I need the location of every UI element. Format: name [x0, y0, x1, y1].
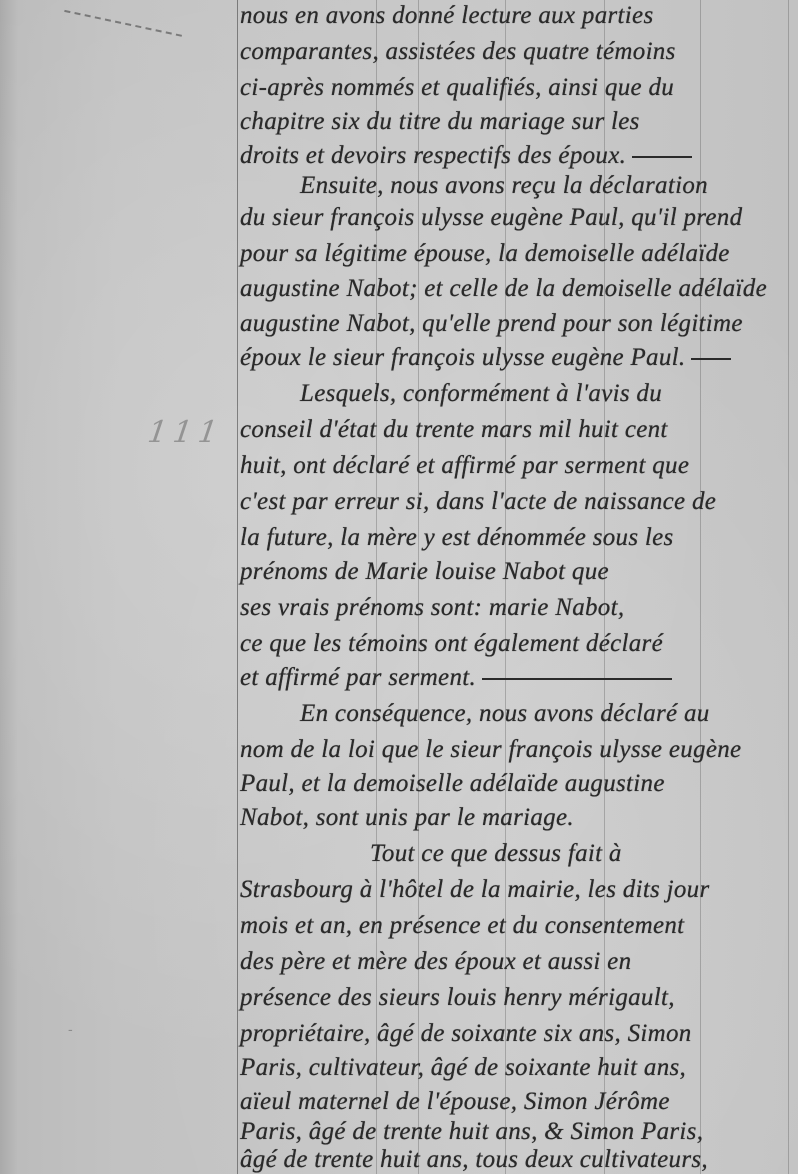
- text-line: ses vrais prénoms sont: marie Nabot,: [240, 594, 624, 622]
- text-line: prénoms de Marie louise Nabot que: [240, 558, 609, 586]
- text-line: des père et mère des époux et aussi en: [240, 948, 631, 976]
- margin-numeral-bleedthrough: 111: [146, 415, 226, 450]
- text-line: conseil d'état du trente mars mil huit c…: [240, 416, 668, 444]
- register-page: 111 - nous en avons donné lecture aux pa…: [0, 0, 798, 1174]
- text-line: nom de la loi que le sieur françois ulys…: [240, 736, 741, 764]
- text-line: du sieur françois ulysse eugène Paul, qu…: [240, 204, 742, 232]
- text-line: époux le sieur françois ulysse eugène Pa…: [240, 344, 731, 372]
- text-line: aïeul maternel de l'épouse, Simon Jérôme: [240, 1088, 670, 1116]
- text-line: En conséquence, nous avons déclaré au: [300, 700, 710, 728]
- text-line: ce que les témoins ont également déclaré: [240, 630, 663, 658]
- text-line: chapitre six du titre du mariage sur les: [240, 108, 640, 136]
- text-line: augustine Nabot, qu'elle prend pour son …: [240, 310, 743, 338]
- text-line: propriétaire, âgé de soixante six ans, S…: [240, 1020, 692, 1048]
- text-line: huit, ont déclaré et affirmé par serment…: [240, 452, 689, 480]
- line-filler-dash: [632, 156, 692, 158]
- text-line: pour sa légitime épouse, la demoiselle a…: [240, 240, 730, 268]
- text-line: comparantes, assistées des quatre témoin…: [240, 38, 676, 66]
- text-line: Paul, et la demoiselle adélaïde augustin…: [240, 770, 665, 798]
- text-line-content: et affirmé par serment.: [240, 664, 476, 691]
- text-line: Tout ce que dessus fait à: [370, 840, 622, 868]
- text-line: la future, la mère y est dénommée sous l…: [240, 524, 674, 552]
- text-line-content: époux le sieur françois ulysse eugène Pa…: [240, 344, 685, 371]
- text-line-content: droits et devoirs respectifs des époux.: [240, 142, 626, 169]
- text-line: Lesquels, conformément à l'avis du: [300, 380, 662, 408]
- text-line: Paris, cultivateur, âgé de soixante huit…: [240, 1054, 686, 1082]
- text-line: Ensuite, nous avons reçu la déclaration: [300, 172, 708, 200]
- text-line: âgé de trente huit ans, tous deux cultiv…: [240, 1146, 708, 1174]
- text-line: augustine Nabot; et celle de la demoisel…: [240, 275, 767, 303]
- text-line: Nabot, sont unis par le mariage.: [240, 804, 574, 832]
- margin-speck: -: [68, 1022, 73, 1038]
- text-line: mois et an, en présence et du consenteme…: [240, 912, 684, 940]
- text-line: droits et devoirs respectifs des époux.: [240, 142, 692, 170]
- line-filler-dash: [691, 358, 731, 360]
- line-filler-dash: [482, 678, 672, 680]
- margin-rule: [237, 0, 238, 1174]
- text-line: Strasbourg à l'hôtel de la mairie, les d…: [240, 876, 710, 904]
- margin-ink-stroke: [58, 10, 182, 66]
- text-line: Paris, âgé de trente huit ans, & Simon P…: [240, 1118, 703, 1146]
- text-line: et affirmé par serment.: [240, 664, 672, 692]
- text-line: présence des sieurs louis henry mérigaul…: [240, 984, 675, 1012]
- text-line: nous en avons donné lecture aux parties: [240, 2, 653, 30]
- column-rule: [788, 0, 789, 1174]
- text-line: ci-après nommés et qualifiés, ainsi que …: [240, 74, 674, 102]
- text-line: c'est par erreur si, dans l'acte de nais…: [240, 488, 716, 516]
